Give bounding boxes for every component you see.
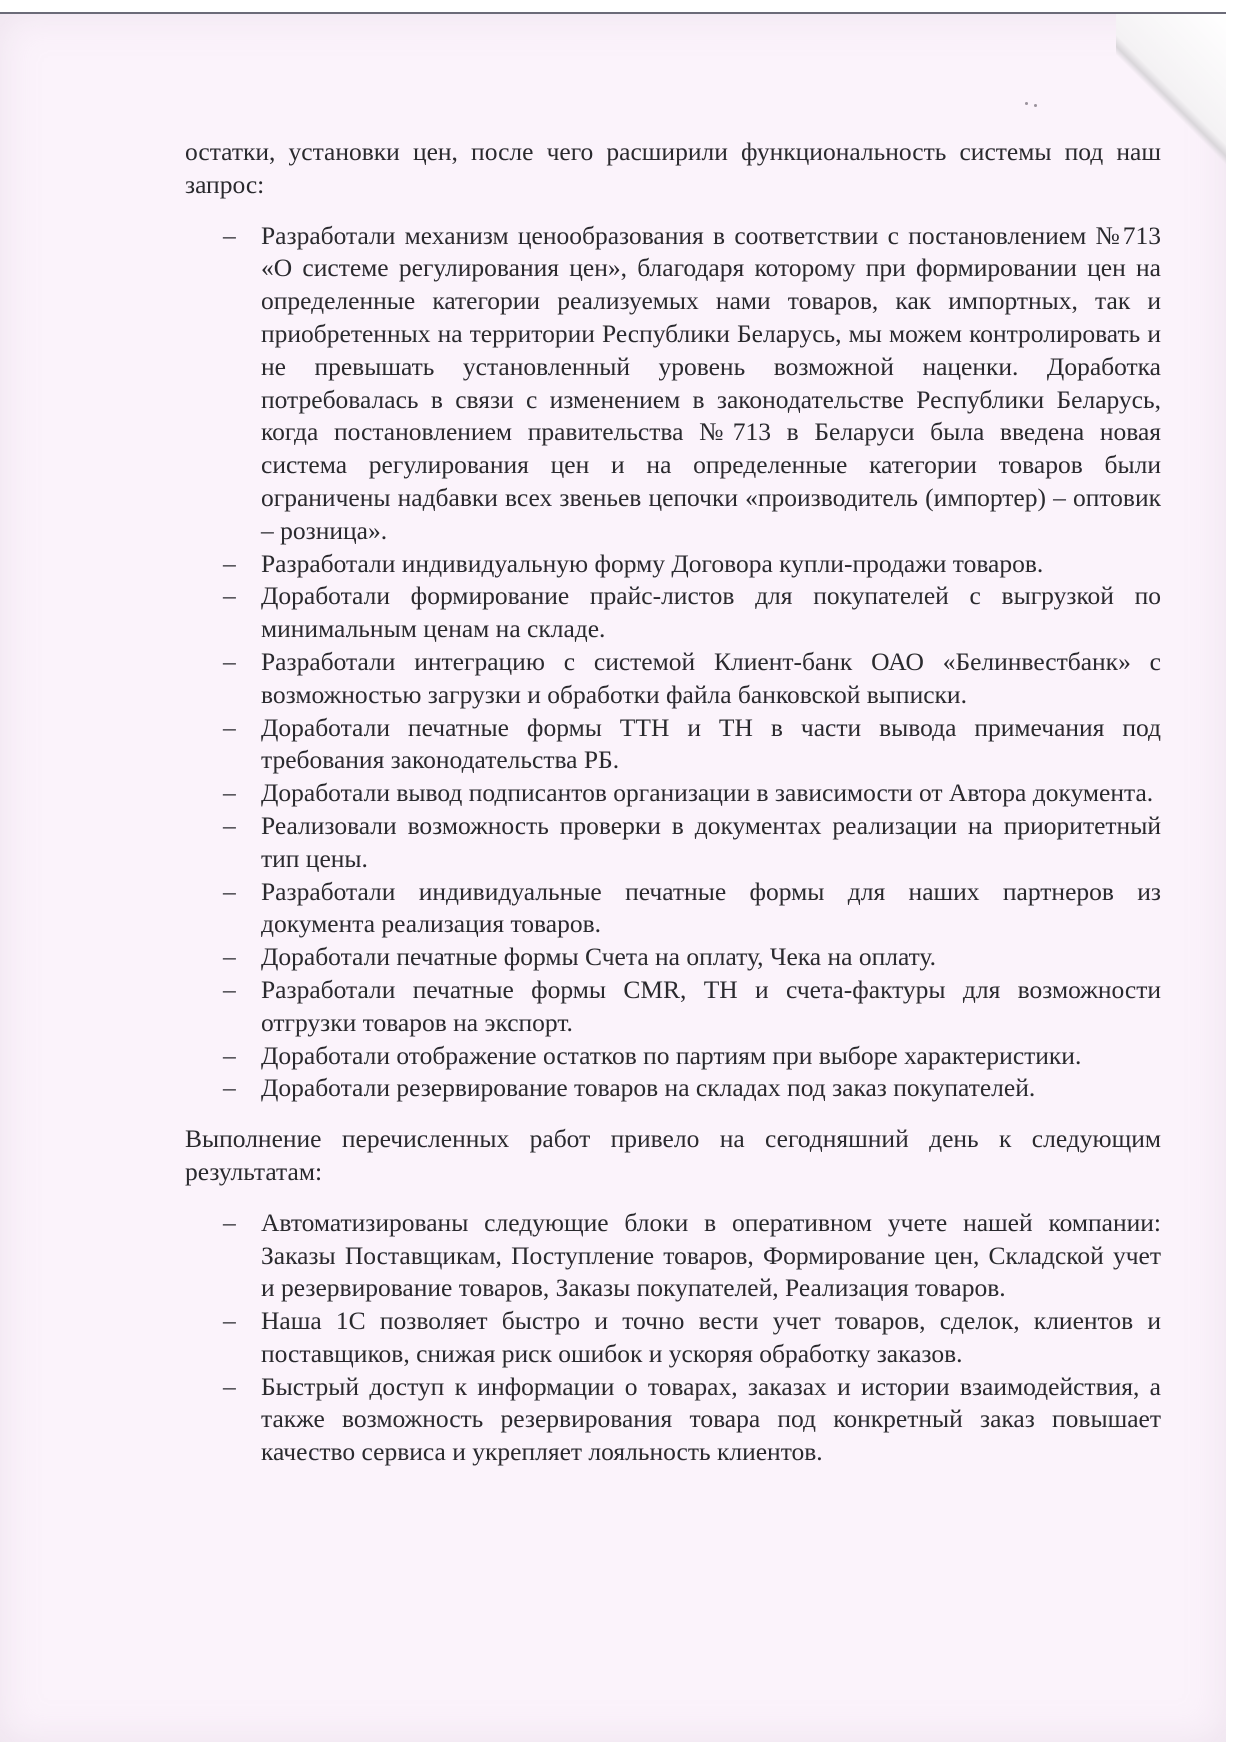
- results-paragraph: Выполнение перечисленных работ привело н…: [185, 1123, 1161, 1189]
- dash-bullet-icon: –: [223, 974, 236, 1007]
- dash-bullet-icon: –: [223, 1371, 236, 1404]
- intro-paragraph: остатки, установки цен, после чего расши…: [185, 136, 1161, 202]
- results-list: –Автоматизированы следующие блоки в опер…: [185, 1207, 1161, 1469]
- scan-speck: [1025, 102, 1028, 105]
- list-item: –Доработали печатные формы ТТН и ТН в ча…: [261, 712, 1161, 778]
- scan-speck: [1034, 104, 1037, 107]
- dash-bullet-icon: –: [223, 1207, 236, 1240]
- list-item: –Доработали резервирование товаров на ск…: [261, 1072, 1161, 1105]
- dash-bullet-icon: –: [223, 646, 236, 679]
- dash-bullet-icon: –: [223, 876, 236, 909]
- dash-bullet-icon: –: [223, 548, 236, 581]
- list-item: –Реализовали возможность проверки в доку…: [261, 810, 1161, 876]
- dash-bullet-icon: –: [223, 1040, 236, 1073]
- list-item: –Автоматизированы следующие блоки в опер…: [261, 1207, 1161, 1305]
- improvements-list: –Разработали механизм ценообразования в …: [185, 220, 1161, 1106]
- dash-bullet-icon: –: [223, 1072, 236, 1105]
- list-item: –Разработали индивидуальную форму Догово…: [261, 548, 1161, 581]
- list-item: –Наша 1С позволяет быстро и точно вести …: [261, 1305, 1161, 1371]
- list-item: –Доработали формирование прайс-листов дл…: [261, 580, 1161, 646]
- dash-bullet-icon: –: [223, 220, 236, 253]
- list-item: –Разработали механизм ценообразования в …: [261, 220, 1161, 548]
- list-item: –Доработали вывод подписантов организаци…: [261, 777, 1161, 810]
- list-item: –Доработали отображение остатков по парт…: [261, 1040, 1161, 1073]
- list-item: –Доработали печатные формы Счета на опла…: [261, 941, 1161, 974]
- dash-bullet-icon: –: [223, 712, 236, 745]
- dash-bullet-icon: –: [223, 941, 236, 974]
- list-item: –Разработали интеграцию с системой Клиен…: [261, 646, 1161, 712]
- list-item: –Быстрый доступ к информации о товарах, …: [261, 1371, 1161, 1469]
- document-body: остатки, установки цен, после чего расши…: [185, 136, 1161, 1487]
- scanned-page: остатки, установки цен, после чего расши…: [0, 12, 1226, 1742]
- dash-bullet-icon: –: [223, 810, 236, 843]
- dash-bullet-icon: –: [223, 1305, 236, 1338]
- list-item: –Разработали индивидуальные печатные фор…: [261, 876, 1161, 942]
- dash-bullet-icon: –: [223, 580, 236, 613]
- dash-bullet-icon: –: [223, 777, 236, 810]
- list-item: –Разработали печатные формы CMR, ТН и сч…: [261, 974, 1161, 1040]
